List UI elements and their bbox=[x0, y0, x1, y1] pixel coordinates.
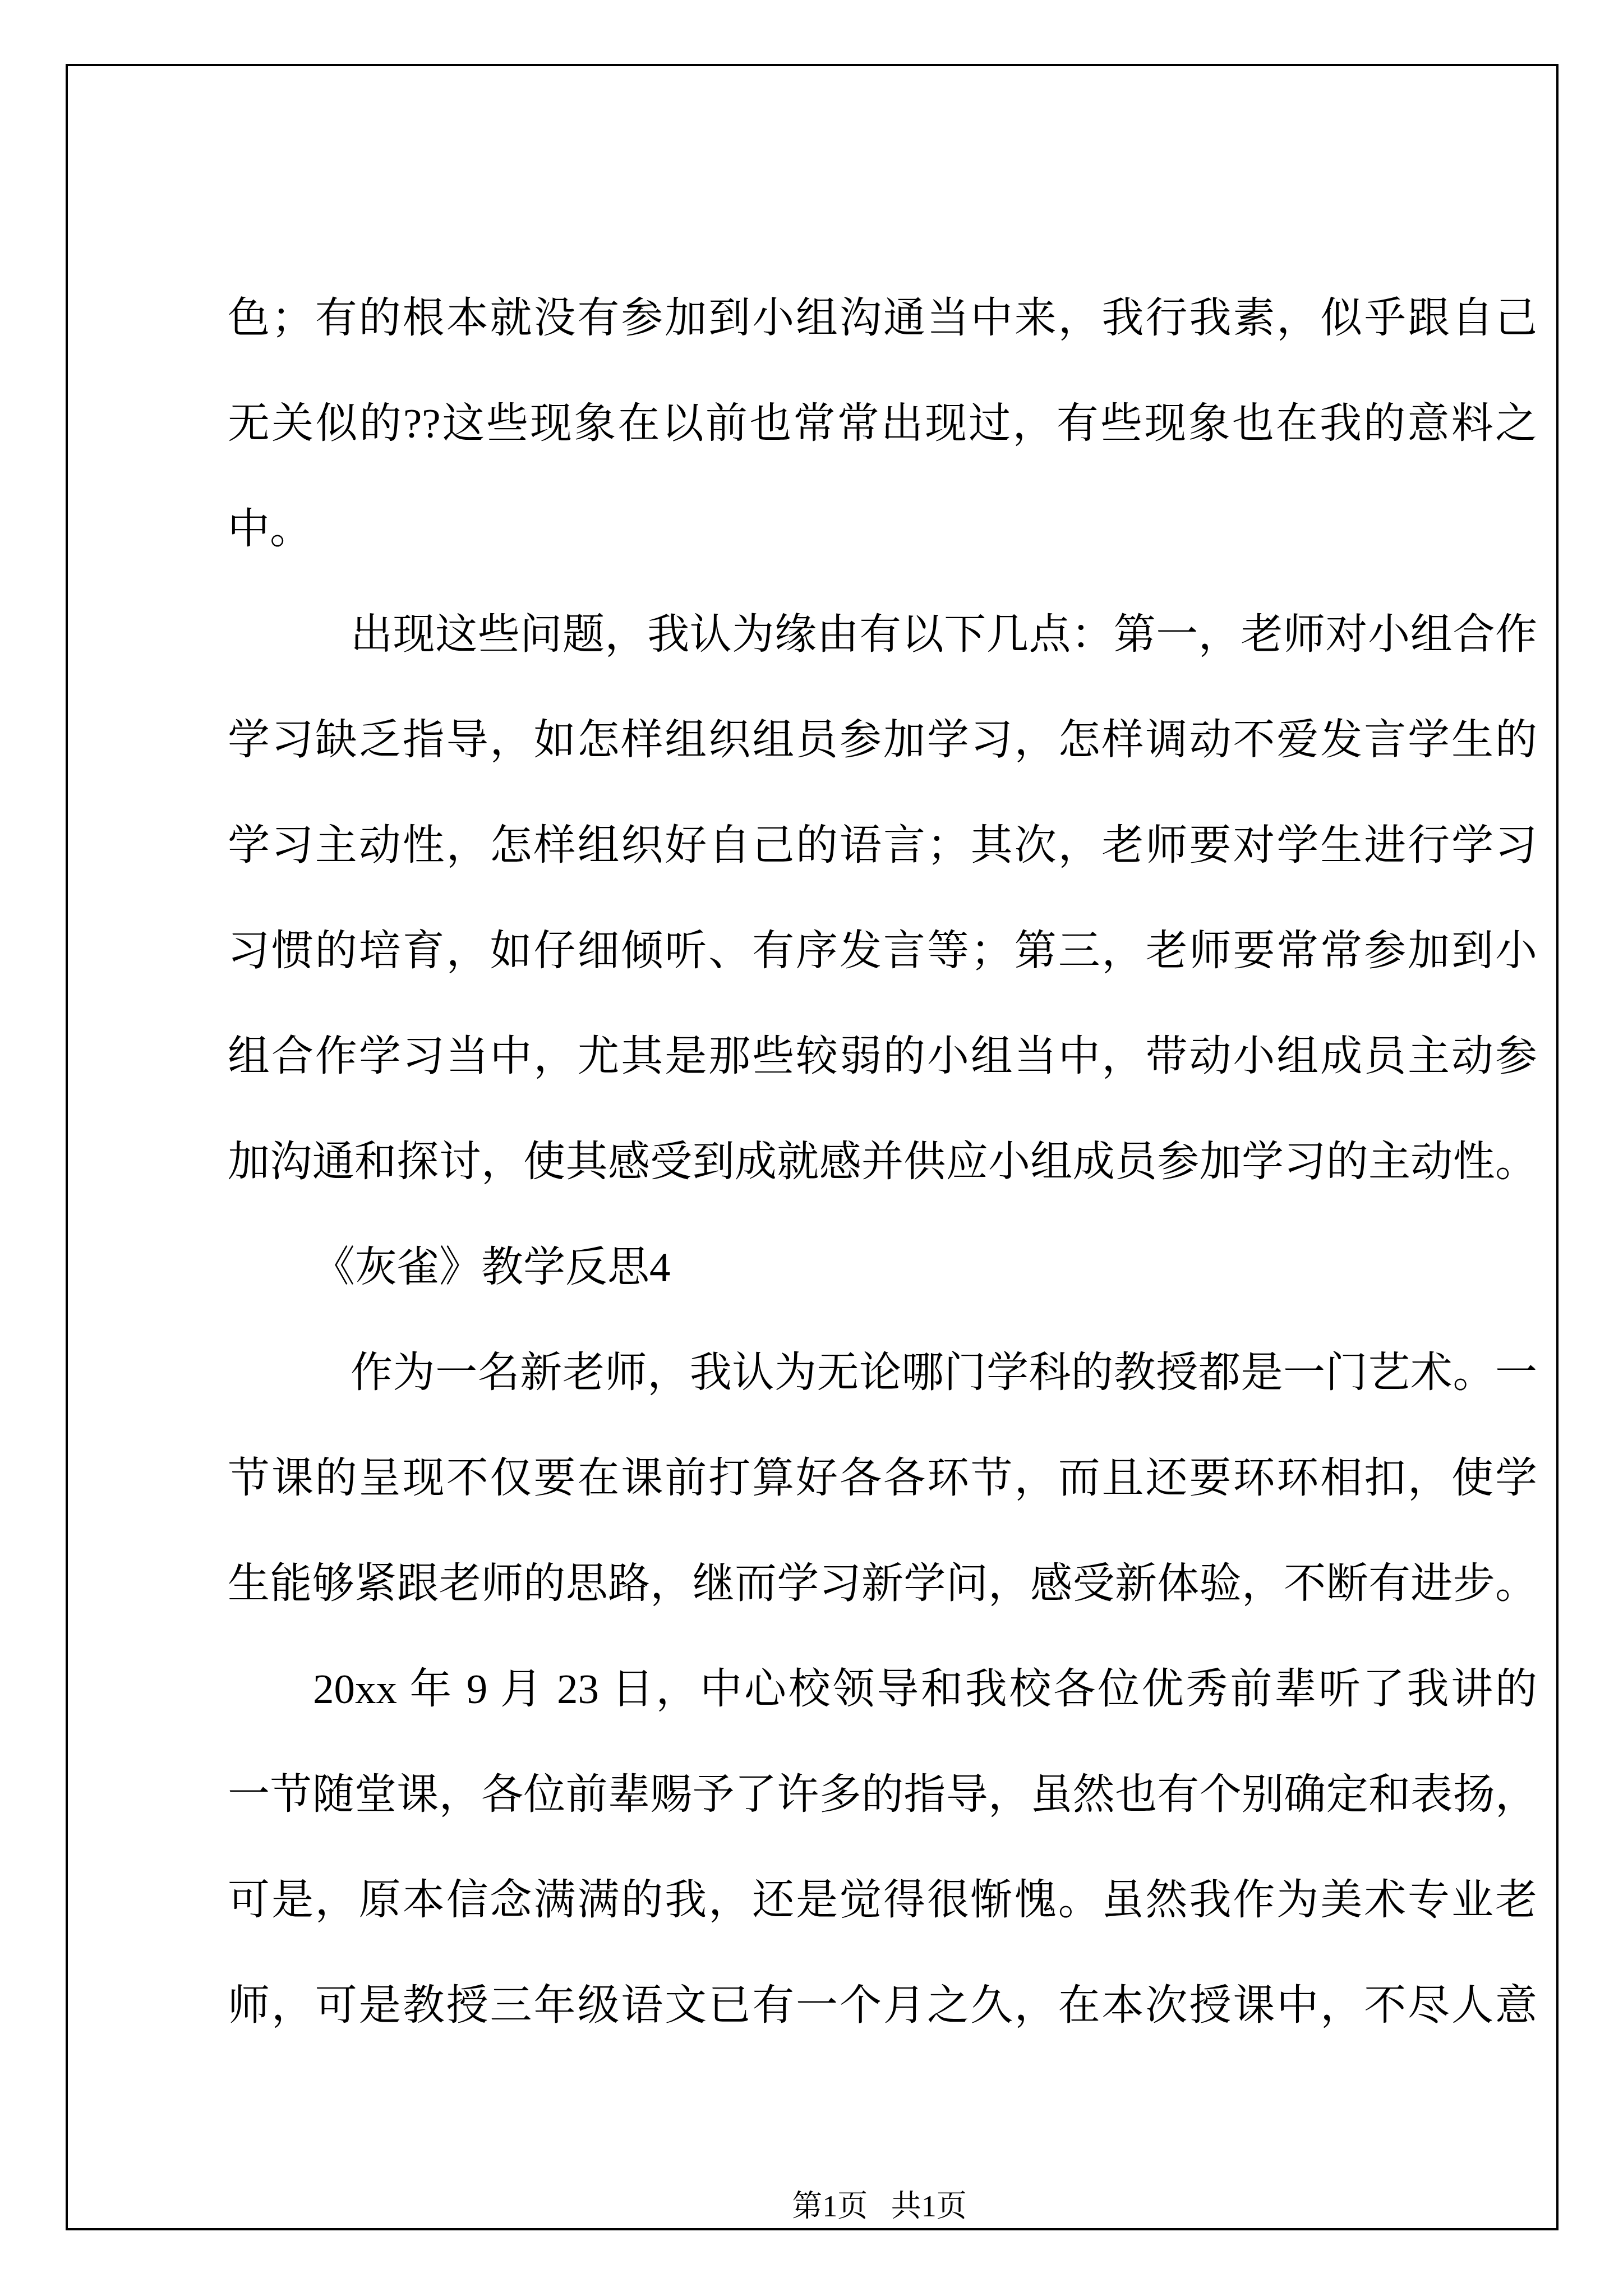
page-border: 色；有的根本就没有参加到小组沟通当中来，我行我素，似乎跟自己 无关似的??这些现… bbox=[66, 64, 1559, 2230]
text-line-heading: 《灰雀》教学反思4 bbox=[228, 1215, 1537, 1320]
text-line: 节课的呈现不仅要在课前打算好各各环节，而且还要环环相扣，使学 bbox=[228, 1426, 1537, 1531]
text-line: 生能够紧跟老师的思路，继而学习新学问，感受新体验，不断有进步。 bbox=[228, 1531, 1537, 1637]
text-line: 20xx 年 9 月 23 日，中心校领导和我校各位优秀前辈听了我讲的 bbox=[228, 1637, 1537, 1742]
text-line: 加沟通和探讨，使其感受到成就感并供应小组成员参加学习的主动性。 bbox=[228, 1110, 1537, 1215]
text-line: 一节随堂课，各位前辈赐予了许多的指导，虽然也有个别确定和表扬， bbox=[228, 1742, 1537, 1848]
page-total-label: 共1页 bbox=[891, 2189, 967, 2223]
document-body: 色；有的根本就没有参加到小组沟通当中来，我行我素，似乎跟自己 无关似的??这些现… bbox=[228, 266, 1537, 2059]
page-number-label: 第1页 bbox=[792, 2189, 868, 2223]
text-line: 作为一名新老师，我认为无论哪门学科的教授都是一门艺术。一 bbox=[228, 1320, 1537, 1426]
text-line: 师，可是教授三年级语文已有一个月之久，在本次授课中，不尽人意 bbox=[228, 1953, 1537, 2059]
document-page: 色；有的根本就没有参加到小组沟通当中来，我行我素，似乎跟自己 无关似的??这些现… bbox=[0, 0, 1623, 2296]
text-line: 色；有的根本就没有参加到小组沟通当中来，我行我素，似乎跟自己 bbox=[228, 266, 1537, 371]
text-line: 组合作学习当中，尤其是那些较弱的小组当中，带动小组成员主动参 bbox=[228, 1004, 1537, 1110]
text-line: 无关似的??这些现象在以前也常常出现过，有些现象也在我的意料之 bbox=[228, 371, 1537, 477]
text-line: 中。 bbox=[228, 477, 1537, 582]
page-footer: 第1页 共1页 bbox=[68, 2189, 1623, 2223]
text-line: 出现这些问题，我认为缘由有以下几点：第一，老师对小组合作 bbox=[228, 582, 1537, 688]
text-line: 可是，原本信念满满的我，还是觉得很惭愧。虽然我作为美术专业老 bbox=[228, 1848, 1537, 1953]
text-line: 学习缺乏指导，如怎样组织组员参加学习，怎样调动不爱发言学生的 bbox=[228, 688, 1537, 793]
text-line: 习惯的培育，如仔细倾听、有序发言等；第三，老师要常常参加到小 bbox=[228, 899, 1537, 1004]
text-line: 学习主动性，怎样组织好自己的语言；其次，老师要对学生进行学习 bbox=[228, 793, 1537, 899]
